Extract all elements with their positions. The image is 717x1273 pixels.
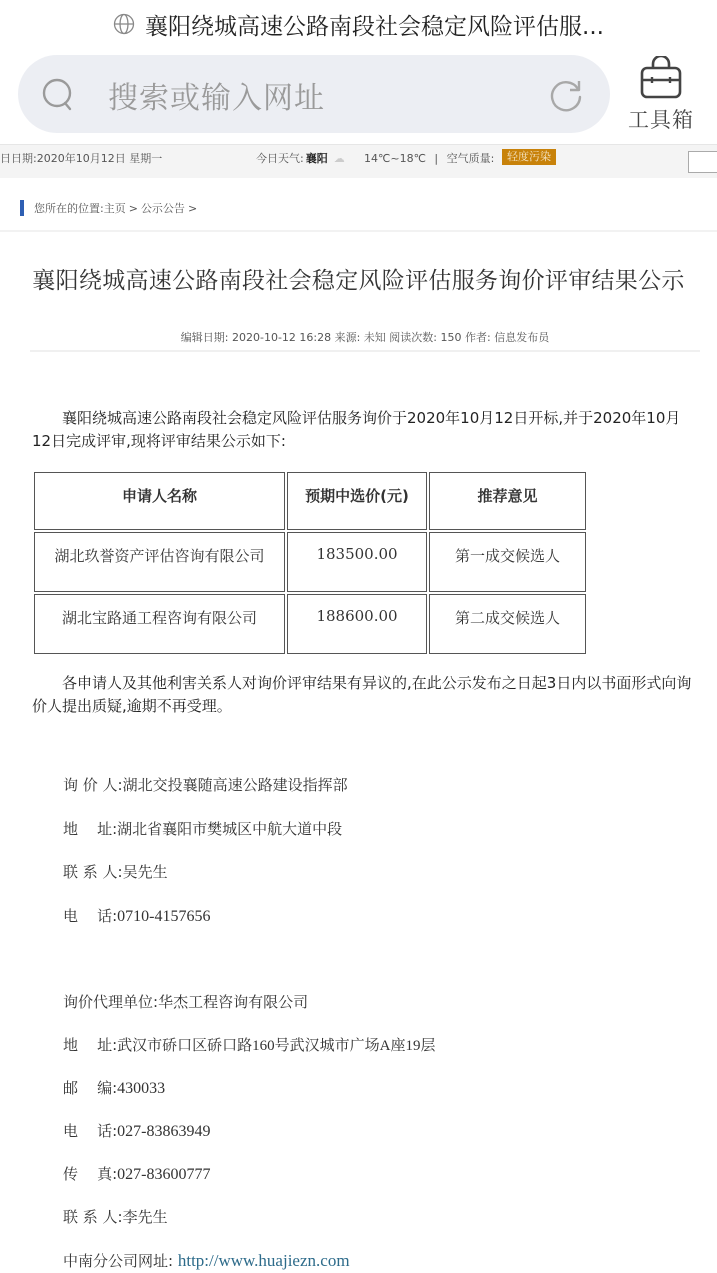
page-title-text: 襄阳绕城高速公路南段社会稳定风险评估服... <box>145 8 604 41</box>
breadcrumb-prefix: 您所在的位置: <box>34 200 104 216</box>
label: 联 系 人: <box>63 1208 123 1226</box>
browser-tab-title: 襄阳绕城高速公路南段社会稳定风险评估服... <box>0 0 717 48</box>
reload-icon[interactable] <box>548 77 584 113</box>
weather-info: 今日天气:襄阳☁ <box>256 150 351 166</box>
breadcrumb-separator: > <box>188 202 197 215</box>
value: 湖北省襄阳市樊城区中航大道中段 <box>117 820 342 838</box>
inquirer-name: 询 价 人:湖北交投襄随高速公路建设指挥部 <box>63 774 348 795</box>
results-table: 申请人名称 预期中选价(元) 推荐意见 湖北玖誉资产评估咨询有限公司 18350… <box>32 470 588 656</box>
separator: | <box>434 152 438 165</box>
label: 地 址: <box>63 1036 117 1054</box>
site-info-bar: 日日期:2020年10月12日 星期一 今日天气:襄阳☁ 14℃~18℃ | 空… <box>0 144 717 178</box>
agent-name: 询价代理单位:华杰工程咨询有限公司 <box>63 991 308 1012</box>
table-row: 湖北玖誉资产评估咨询有限公司 183500.00 第一成交候选人 <box>34 532 586 592</box>
value: 武汉市硚口区硚口路160号武汉城市广场A座19层 <box>117 1038 435 1054</box>
globe-icon <box>113 13 135 35</box>
value: 华杰工程咨询有限公司 <box>158 993 308 1011</box>
inquirer-phone: 电 话:0710-4157656 <box>63 905 210 926</box>
current-date: 日日期:2020年10月12日 星期一 <box>0 150 162 166</box>
temperature: 14℃~18℃ <box>364 152 426 165</box>
air-quality-label: 空气质量: <box>447 152 495 165</box>
value: 027-83600777 <box>117 1166 210 1183</box>
table-row: 湖北宝路通工程咨询有限公司 188600.00 第二成交候选人 <box>34 594 586 654</box>
value: 0710-4157656 <box>117 908 210 925</box>
label: 询价代理单位: <box>63 993 158 1011</box>
agent-contact: 联 系 人:李先生 <box>63 1206 168 1227</box>
value: 李先生 <box>123 1208 168 1226</box>
temperature-info: 14℃~18℃ | 空气质量: <box>364 150 494 166</box>
header-applicant: 申请人名称 <box>34 472 285 530</box>
label: 地 址: <box>63 820 117 838</box>
divider <box>0 230 717 232</box>
label: 电 话: <box>63 1122 117 1140</box>
header-price: 预期中选价(元) <box>287 472 427 530</box>
agent-phone: 电 话:027-83863949 <box>63 1120 210 1141</box>
value: 湖北交投襄随高速公路建设指挥部 <box>123 776 348 794</box>
divider <box>30 350 700 352</box>
article-meta: 编辑日期: 2020-10-12 16:28 来源: 未知 阅读次数: 150 … <box>0 329 717 345</box>
label: 邮 编: <box>63 1079 117 1097</box>
cloud-icon: ☁ <box>334 152 345 165</box>
value: 430033 <box>117 1080 165 1097</box>
breadcrumb-marker <box>20 200 24 216</box>
value: 027-83863949 <box>117 1123 210 1140</box>
breadcrumb: 您所在的位置: 主页 > 公示公告 > <box>20 200 200 216</box>
weather-city: 襄阳 <box>306 152 328 165</box>
agent-address: 地 址:武汉市硚口区硚口路160号武汉城市广场A座19层 <box>63 1034 435 1055</box>
website-link[interactable]: http://www.huajiezn.com <box>178 1251 350 1270</box>
expected-price: 188600.00 <box>287 594 427 654</box>
weather-label: 今日天气: <box>256 152 304 165</box>
breadcrumb-notices[interactable]: 公示公告 <box>141 200 185 216</box>
air-quality-badge: 轻度污染 <box>502 149 556 165</box>
label: 电 话: <box>63 907 117 925</box>
site-search-input[interactable] <box>688 151 717 173</box>
toolbox-icon <box>638 56 684 100</box>
applicant-name: 湖北玖誉资产评估咨询有限公司 <box>34 532 285 592</box>
recommendation: 第二成交候选人 <box>429 594 586 654</box>
value: 吴先生 <box>123 863 168 881</box>
expected-price: 183500.00 <box>287 532 427 592</box>
agent-fax: 传 真:027-83600777 <box>63 1163 210 1184</box>
toolbox-button[interactable]: 工具箱 <box>624 56 698 136</box>
toolbox-label: 工具箱 <box>628 104 694 134</box>
article-intro: 襄阳绕城高速公路南段社会稳定风险评估服务询价于2020年10月12日开标,并于2… <box>32 407 697 453</box>
article-notice: 各申请人及其他利害关系人对询价评审结果有异议的,在此公示发布之日起3日内以书面形… <box>32 672 697 718</box>
label: 询 价 人: <box>63 776 123 794</box>
search-icon <box>40 77 76 113</box>
table-header-row: 申请人名称 预期中选价(元) 推荐意见 <box>34 472 586 530</box>
address-bar[interactable]: 搜索或输入网址 <box>18 55 610 133</box>
agent-website: 中南分公司网址: http://www.huajiezn.com <box>63 1250 350 1271</box>
inquirer-address: 地 址:湖北省襄阳市樊城区中航大道中段 <box>63 818 342 839</box>
browser-toolbar: 搜索或输入网址 工具箱 <box>0 48 717 144</box>
label: 中南分公司网址: <box>63 1252 173 1270</box>
label: 联 系 人: <box>63 863 123 881</box>
inquirer-contact: 联 系 人:吴先生 <box>63 861 168 882</box>
applicant-name: 湖北宝路通工程咨询有限公司 <box>34 594 285 654</box>
agent-postcode: 邮 编:430033 <box>63 1077 165 1098</box>
header-recommendation: 推荐意见 <box>429 472 586 530</box>
recommendation: 第一成交候选人 <box>429 532 586 592</box>
article-title: 襄阳绕城高速公路南段社会稳定风险评估服务询价评审结果公示 <box>0 262 717 295</box>
breadcrumb-home[interactable]: 主页 <box>104 200 126 216</box>
breadcrumb-separator: > <box>129 202 138 215</box>
label: 传 真: <box>63 1165 117 1183</box>
address-placeholder: 搜索或输入网址 <box>108 73 325 117</box>
